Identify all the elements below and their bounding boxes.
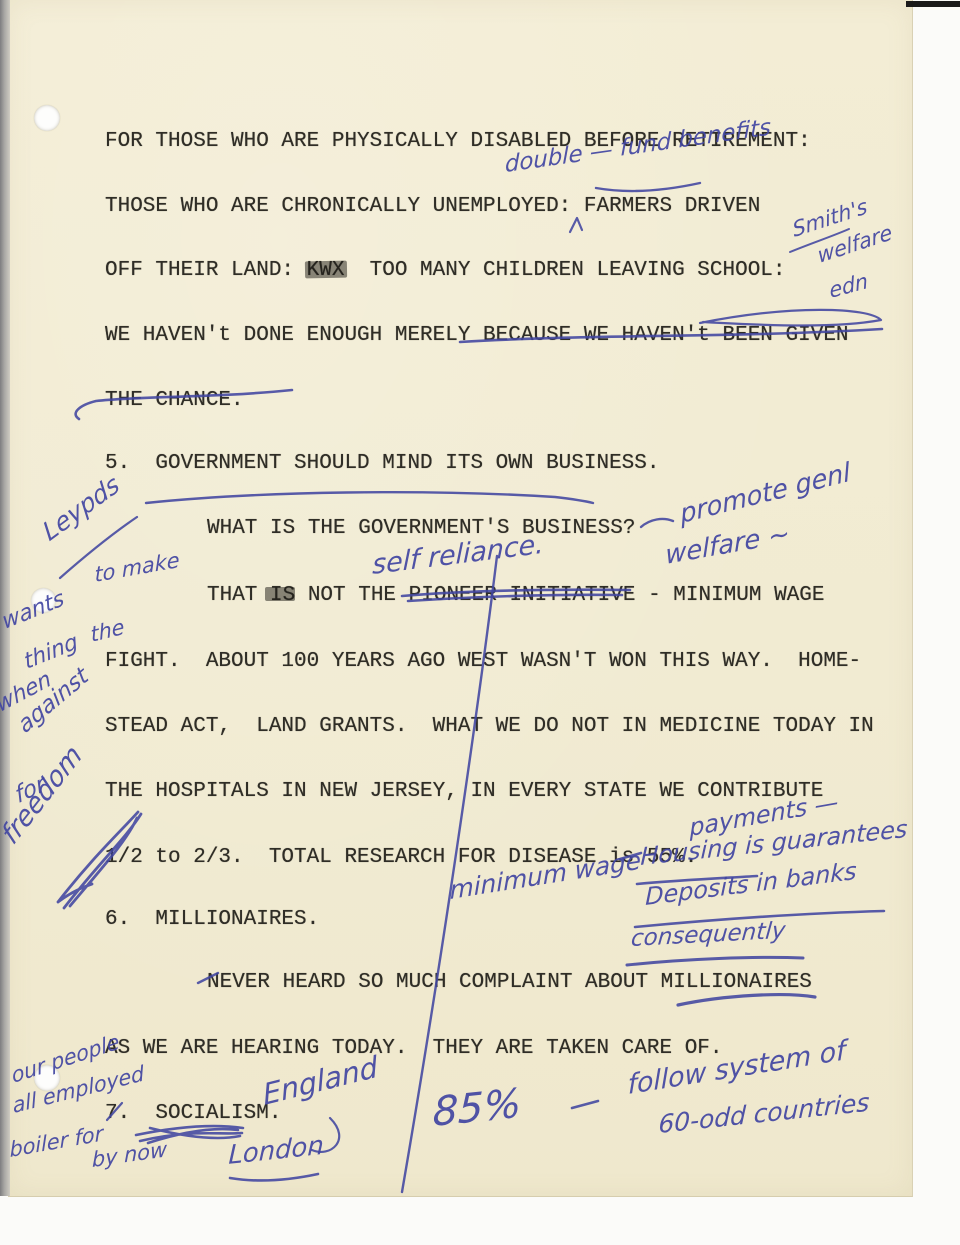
typed-line: THE HOSPITALS IN NEW JERSEY, IN EVERY ST… <box>105 781 823 802</box>
handwritten-note: 85% <box>432 1080 522 1136</box>
typed-overstrike-two <box>305 261 347 279</box>
scanned-document: { "document": { "description": "Scanned … <box>0 0 960 1245</box>
typed-line-heading-6: 6. MILLIONAIRES. <box>105 909 319 930</box>
punch-hole-top <box>34 105 60 131</box>
typed-line: AS WE ARE HEARING TODAY. THEY ARE TAKEN … <box>105 1038 723 1059</box>
typed-overstrike-is <box>265 587 295 601</box>
typed-line: WHAT IS THE GOVERNMENT'S BUSINESS? <box>207 518 635 539</box>
typed-line-heading-5: 5. GOVERNMENT SHOULD MIND ITS OWN BUSINE… <box>105 453 660 474</box>
typed-line-heading-7: 7. SOCIALISM. <box>105 1103 281 1124</box>
scanner-edge-strip <box>0 0 10 1196</box>
typed-line: OFF THEIR LAND: KWX TOO MANY CHILDREN LE… <box>105 260 786 281</box>
typed-line: THE CHANCE. <box>105 390 244 411</box>
typed-line: WE HAVEN't DONE ENOUGH MERELY BECAUSE WE… <box>105 325 849 346</box>
scan-top-sliver <box>906 1 960 7</box>
typed-line: FIGHT. ABOUT 100 YEARS AGO WEST WASN'T W… <box>105 651 861 672</box>
typed-line: STEAD ACT, LAND GRANTS. WHAT WE DO NOT I… <box>105 716 874 737</box>
typed-line: THAT IS NOT THE PIONEER INITIATIVE - MIN… <box>207 585 825 606</box>
typed-line: NEVER HEARD SO MUCH COMPLAINT ABOUT MILL… <box>207 972 812 993</box>
typed-line: THOSE WHO ARE CHRONICALLY UNEMPLOYED: FA… <box>105 196 760 217</box>
